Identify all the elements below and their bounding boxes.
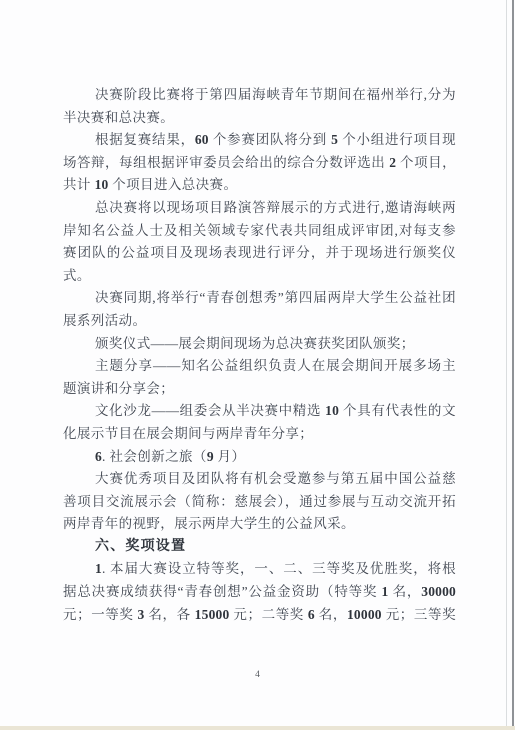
text-line: 1. 本届大赛设立特等奖，一、二、三等奖及优胜奖，将根	[63, 558, 456, 581]
list-item-culture-salon: 文化沙龙——组委会从半决赛中精选 10 个具有代表性的文	[63, 400, 456, 423]
text-line: 两岸青年的视野，展示两岸大学生的公益风采。	[63, 513, 456, 536]
numeral: 6	[308, 607, 315, 622]
numeral: 10	[325, 403, 339, 418]
numeral: 1	[381, 584, 388, 599]
text-line: 总决赛将以现场项目路演答辩展示的方式进行,邀请海峡两	[63, 197, 456, 220]
text-line: 半决赛和总决赛。	[63, 107, 456, 130]
page-number: 4	[0, 670, 515, 680]
text-line: 根据复赛结果，60 个参赛团队将分到 5 个小组进行项目现	[63, 129, 456, 152]
scanned-document-page: 决赛阶段比赛将于第四届海峡青年节期间在福州举行,分为 半决赛和总决赛。 根据复赛…	[0, 0, 515, 730]
numeral: 1	[95, 561, 102, 576]
numeral: 60	[195, 132, 209, 147]
text-line: 题演讲和分享会；	[63, 378, 456, 401]
list-item-6-social-innovation-tour: 6. 社会创新之旅（9 月）	[63, 446, 456, 469]
numeral: 2	[389, 155, 396, 170]
text-line: 元；一等奖 3 名，各 15000 元；二等奖 6 名，10000 元；三等奖	[63, 604, 456, 627]
text-line: 据总决赛成绩获得“青春创想”公益金资助（特等奖 1 名，30000	[63, 581, 456, 604]
text-line: 展系列活动。	[63, 310, 456, 333]
scan-edge-line-light	[506, 0, 507, 730]
numeral: 6	[95, 449, 102, 464]
section-heading-awards: 六、奖项设置	[63, 536, 456, 559]
numeral: 10000	[347, 607, 382, 622]
numeral: 10	[95, 177, 109, 192]
scan-edge-line-dark	[512, 0, 514, 730]
numeral: 5	[331, 132, 338, 147]
text-line: 岸知名公益人士及相关领域专家代表共同组成评审团,对每支参	[63, 220, 456, 243]
list-item-award-ceremony: 颁奖仪式——展会期间现场为总决赛获奖团队颁奖；	[63, 333, 456, 356]
text-line: 共计 10 个项目进入总决赛。	[63, 174, 456, 197]
text-line: 赛团队的公益项目及现场表现进行评分，并于现场进行颁奖仪	[63, 242, 456, 265]
numeral: 15000	[195, 607, 230, 622]
text-line: 化展示节目在展会期间与两岸青年分享；	[63, 423, 456, 446]
body-text: 决赛阶段比赛将于第四届海峡青年节期间在福州举行,分为 半决赛和总决赛。 根据复赛…	[63, 84, 456, 626]
numeral: 3	[137, 607, 144, 622]
numeral: 9	[207, 449, 214, 464]
text-line: 式。	[63, 265, 456, 288]
text-line: 善项目交流展示会（简称：慈展会），通过参展与互动交流开拓	[63, 491, 456, 514]
text-line: 大赛优秀项目及团队将有机会受邀参与第五届中国公益慈	[63, 468, 456, 491]
text-line: 决赛同期,将举行“青春创想秀”第四届两岸大学生公益社团	[63, 287, 456, 310]
text-line: 场答辩，每组根据评审委员会给出的综合分数评选出 2 个项目，	[63, 152, 456, 175]
scan-bottom-edge	[0, 726, 515, 730]
numeral: 30000	[421, 584, 456, 599]
text-line: 决赛阶段比赛将于第四届海峡青年节期间在福州举行,分为	[63, 84, 456, 107]
list-item-theme-sharing: 主题分享——知名公益组织负责人在展会期间开展多场主	[63, 355, 456, 378]
